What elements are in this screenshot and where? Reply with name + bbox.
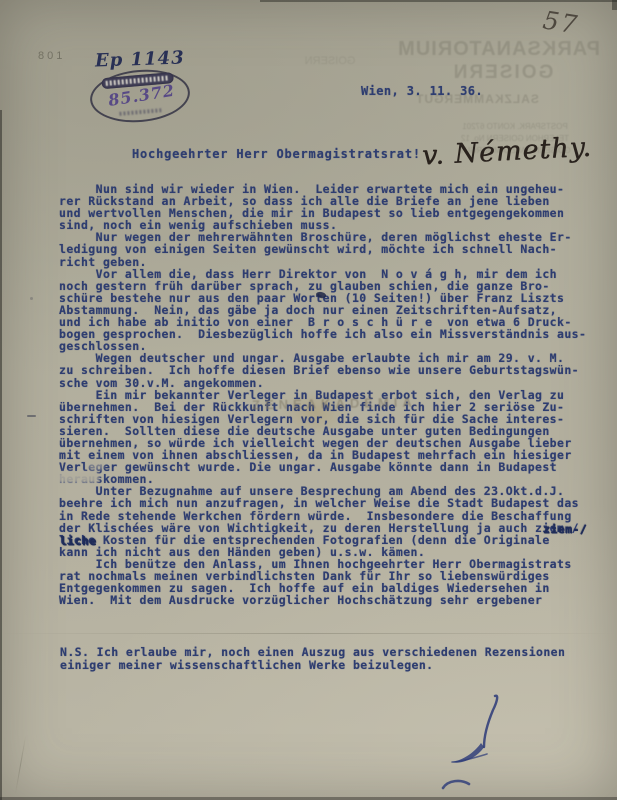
overstruck-text: ziem-/ [543, 522, 587, 536]
crease-line [15, 735, 26, 794]
letter-body: Nun sind wir wieder in Wien. Leider erwa… [59, 183, 599, 606]
bleedthrough-top-center: GOISERN [290, 55, 370, 67]
margin-mark [30, 297, 33, 300]
faint-corner-number: 801 [38, 50, 65, 62]
margin-mark [27, 415, 36, 417]
page-number-annotation: 57 [541, 5, 581, 39]
pen-flourish-mark [425, 690, 545, 800]
ink-fade-patch [57, 472, 99, 483]
bleedthrough-letterhead-small1: POSTSPARK. KONTO 67201 [440, 122, 590, 131]
bleedthrough-letterhead-line2: GOISERN [440, 62, 565, 84]
scanned-letter-page: PARKSANATORIUM GOISERN SALZKAMMERGUT POS… [0, 0, 617, 800]
postscript: N.S. Ich erlaube mir, noch einen Auszug … [60, 646, 565, 672]
salutation: Hochgeehrter Herr Obermagistratsrat! [132, 148, 421, 160]
scan-edge-corner [612, 0, 617, 10]
crease-line [0, 633, 617, 634]
bleedthrough-letterhead-line1: PARKSANATORIUM [405, 38, 600, 61]
round-stamp-overlay: ZENEAKADÉMIA [252, 395, 417, 413]
scan-edge-top [260, 0, 617, 2]
overstruck-text: liche [60, 534, 97, 548]
scan-edge-left [0, 110, 2, 800]
ink-fade-patch [88, 460, 104, 470]
letter-date: Wien, 3. 11. 36. [361, 85, 483, 97]
library-stamp: 85.372 [88, 66, 192, 127]
